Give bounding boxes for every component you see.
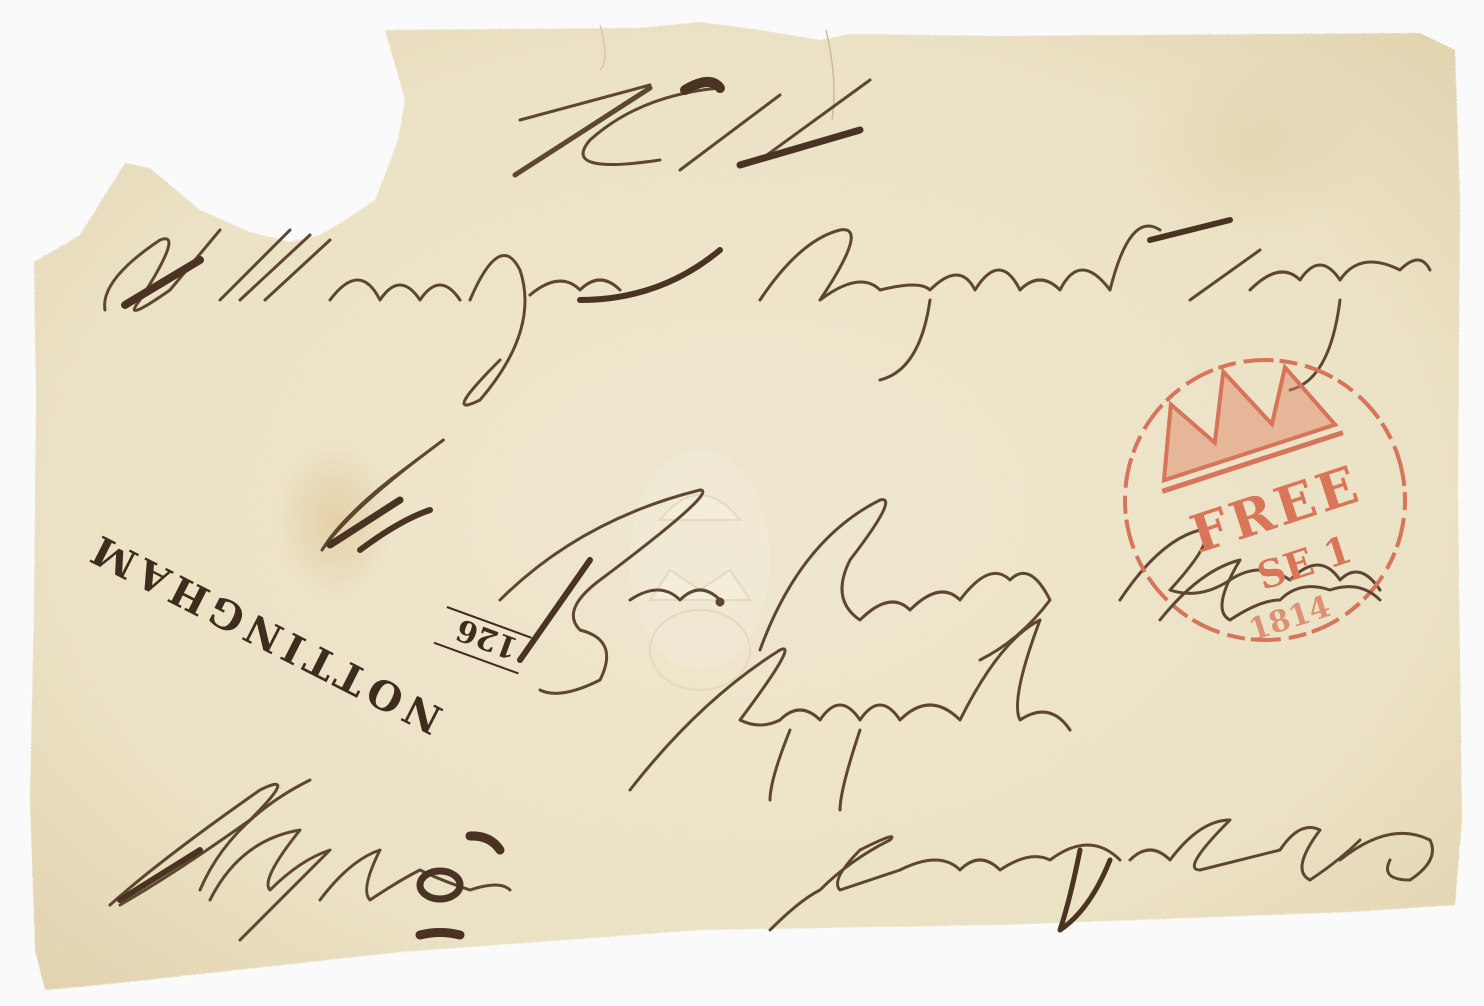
embossed-seal-crown-icon — [630, 450, 770, 690]
cover-drawing: NOTTINGHAM 126 FREE SE 1 1814 — [0, 0, 1484, 1006]
letter-cover-image: NOTTINGHAM 126 FREE SE 1 1814 1814 Notti… — [0, 0, 1484, 1006]
